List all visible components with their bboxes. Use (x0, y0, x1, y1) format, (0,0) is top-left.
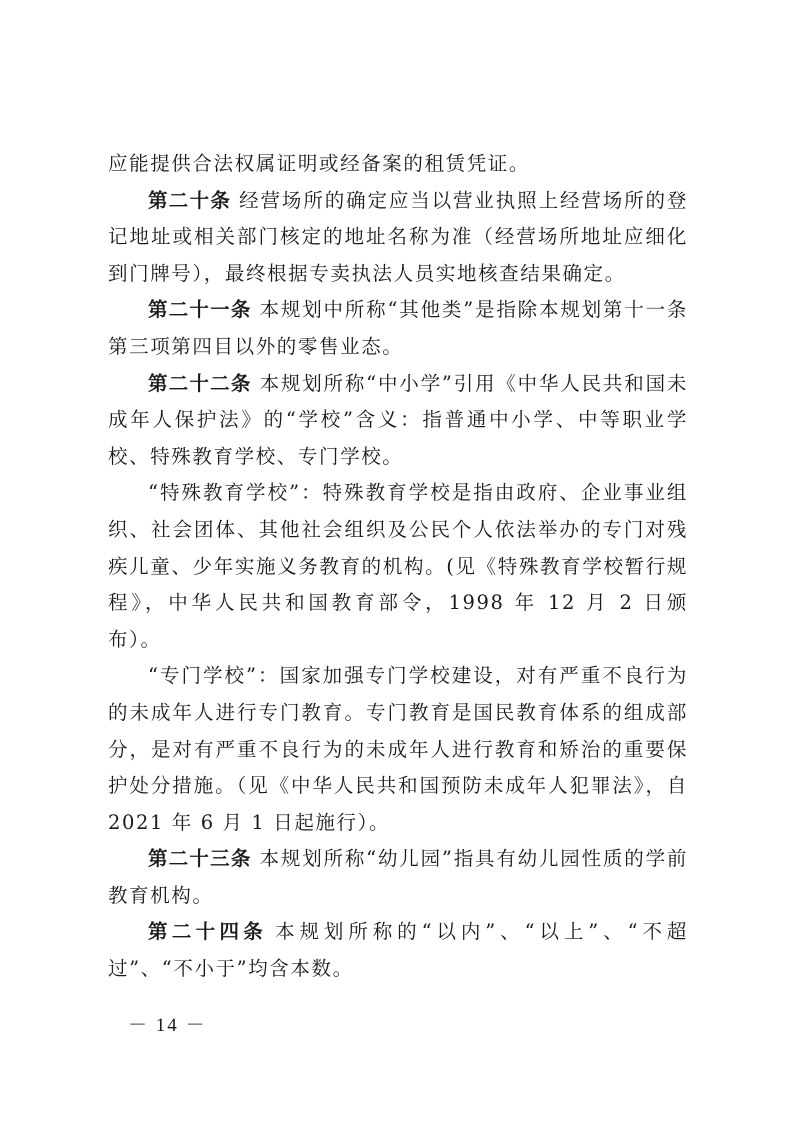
article-22: 第二十二条本规划所称“中小学”引用《中华人民共和国未成年人保护法》的“学校”含义… (108, 366, 688, 476)
article-24: 第二十四条本规划所称的“以内”、“以上”、“不超过”、“不小于”均含本数。 (108, 914, 688, 987)
article-20: 第二十条经营场所的确定应当以营业执照上经营场所的登记地址或相关部门核定的地址名称… (108, 183, 688, 293)
article-heading: 第二十二条 (148, 372, 252, 395)
article-heading: 第二十四条 (148, 920, 267, 943)
paragraph-text: “专门学校”：国家加强专门学校建设，对有严重不良行为的未成年人进行专门教育。专门… (108, 664, 688, 833)
page-number: － 14 － (128, 1010, 207, 1037)
article-21: 第二十一条本规划中所称“其他类”是指除本规划第十一条第三项第四目以外的零售业态。 (108, 292, 688, 365)
article-heading: 第二十三条 (148, 847, 252, 870)
paragraph-1: 应能提供合法权属证明或经备案的租赁凭证。 (108, 146, 688, 183)
paragraph-text: 应能提供合法权属证明或经备案的租赁凭证。 (108, 152, 530, 175)
article-heading: 第二十条 (148, 189, 231, 212)
document-body: 应能提供合法权属证明或经备案的租赁凭证。 第二十条经营场所的确定应当以营业执照上… (108, 146, 688, 988)
article-heading: 第二十一条 (148, 298, 252, 321)
paragraph-text: “特殊教育学校”：特殊教育学校是指由政府、企业事业组织、社会团体、其他社会组织及… (108, 481, 688, 650)
special-school-definition: “特殊教育学校”：特殊教育学校是指由政府、企业事业组织、社会团体、其他社会组织及… (108, 475, 688, 658)
specialized-school-definition: “专门学校”：国家加强专门学校建设，对有严重不良行为的未成年人进行专门教育。专门… (108, 658, 688, 841)
article-23: 第二十三条本规划所称“幼儿园”指具有幼儿园性质的学前教育机构。 (108, 841, 688, 914)
